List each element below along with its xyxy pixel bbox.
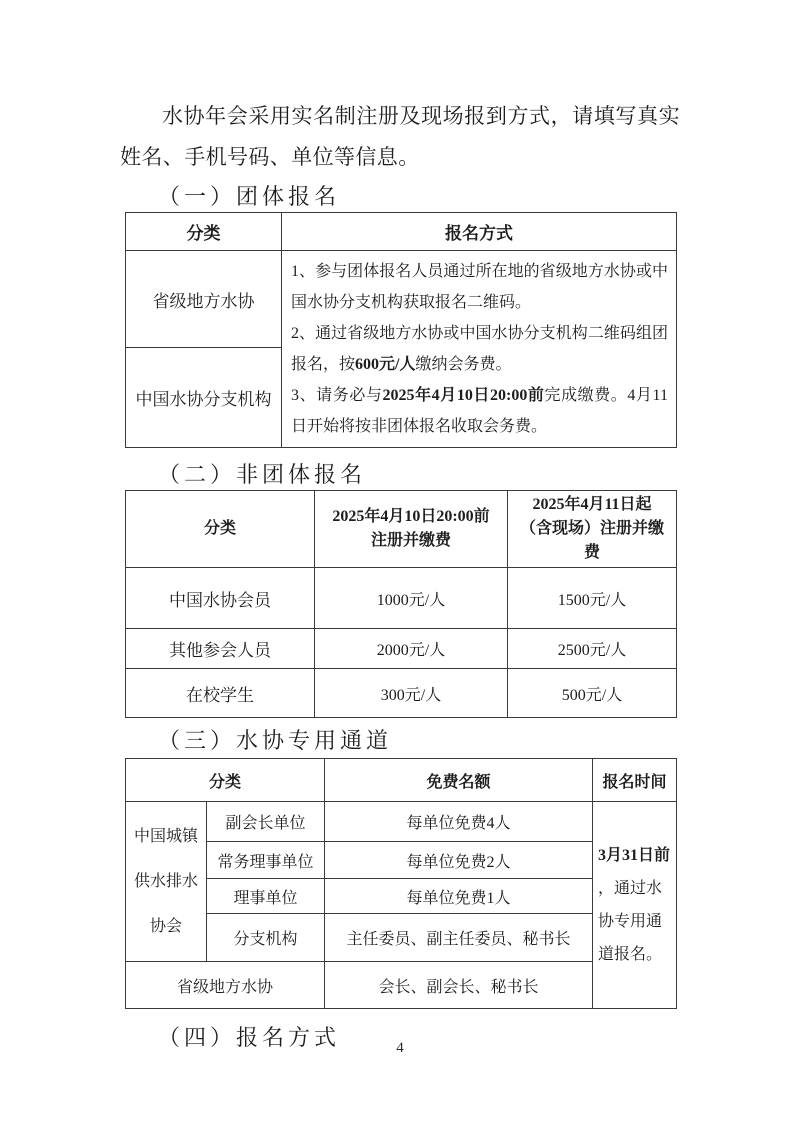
cell-registration-time: 3月31日前，通过水协专用通道报名。 [593, 802, 677, 1009]
cell-provincial-association: 省级地方水协 [126, 962, 325, 1009]
intro-paragraph: 水协年会采用实名制注册及现场报到方式，请填写真实姓名、手机号码、单位等信息。 [120, 96, 680, 178]
section-heading-special-channel: （三）水协专用通道 [158, 728, 800, 754]
header-cell-registration-time: 报名时间 [593, 759, 677, 802]
group-registration-table: 分类 报名方式 省级地方水协 1、参与团体报名人员通过所在地的省级地方水协或中国… [125, 212, 677, 448]
table-header-row: 分类 报名方式 [126, 213, 677, 251]
table-row: 在校学生 300元/人 500元/人 [126, 669, 677, 718]
cell-branch-unit: 分支机构 [207, 914, 325, 962]
document-page: 水协年会采用实名制注册及现场报到方式，请填写真实姓名、手机号码、单位等信息。 （… [0, 0, 800, 1131]
cell-member-early-price: 1000元/人 [315, 568, 508, 629]
method-item-1: 1、参与团体报名人员通过所在地的省级地方水协或中国水协分支机构获取报名二维码。 [291, 256, 668, 318]
header-cell-category: 分类 [126, 491, 315, 568]
header-cell-category: 分类 [126, 759, 325, 802]
section-heading-non-group-registration: （二）非团体报名 [158, 462, 800, 488]
header-cell-category: 分类 [126, 213, 282, 251]
cell-student-late-price: 500元/人 [508, 669, 677, 718]
cell-director-quota: 每单位免费1人 [325, 879, 593, 914]
cell-branch-organization: 中国水协分支机构 [126, 348, 282, 448]
cell-other-late-price: 2500元/人 [508, 629, 677, 669]
cell-executive-director-unit: 常务理事单位 [207, 842, 325, 879]
section-heading-group-registration: （一）团体报名 [158, 184, 800, 210]
cell-student-label: 在校学生 [126, 669, 315, 718]
header-cell-method: 报名方式 [282, 213, 677, 251]
table-row: 省级地方水协 1、参与团体报名人员通过所在地的省级地方水协或中国水协分支机构获取… [126, 251, 677, 348]
cell-provincial-quota: 会长、副会长、秘书长 [325, 962, 593, 1009]
header-cell-late-registration: 2025年4月11日起（含现场）注册并缴费 [508, 491, 677, 568]
cell-vice-president-quota: 每单位免费4人 [325, 802, 593, 842]
table-header-row: 分类 2025年4月10日20:00前注册并缴费 2025年4月11日起（含现场… [126, 491, 677, 568]
cell-other-early-price: 2000元/人 [315, 629, 508, 669]
cell-branch-quota: 主任委员、副主任委员、秘书长 [325, 914, 593, 962]
cell-organization-name: 中国城镇供水排水协会 [126, 802, 207, 962]
fee-per-person: 600元/人 [355, 356, 415, 373]
table-row: 中国水协会员 1000元/人 1500元/人 [126, 568, 677, 629]
method-item-2: 2、通过省级地方水协或中国水协分支机构二维码组团报名，按600元/人缴纳会务费。 [291, 318, 668, 380]
non-group-registration-table: 分类 2025年4月10日20:00前注册并缴费 2025年4月11日起（含现场… [125, 490, 677, 718]
method-item-3: 3、请务必与2025年4月10日20:00前完成缴费。4月11日开始将按非团体报… [291, 380, 668, 442]
cell-member-label: 中国水协会员 [126, 568, 315, 629]
cell-director-unit: 理事单位 [207, 879, 325, 914]
cell-member-late-price: 1500元/人 [508, 568, 677, 629]
special-channel-table: 分类 免费名额 报名时间 中国城镇供水排水协会 副会长单位 每单位免费4人 3月… [125, 758, 677, 1009]
page-number: 4 [0, 1040, 800, 1057]
header-cell-early-registration: 2025年4月10日20:00前注册并缴费 [315, 491, 508, 568]
header-cell-free-quota: 免费名额 [325, 759, 593, 802]
cell-vice-president-unit: 副会长单位 [207, 802, 325, 842]
table-header-row: 分类 免费名额 报名时间 [126, 759, 677, 802]
registration-deadline: 3月31日前 [598, 847, 670, 864]
payment-deadline: 2025年4月10日20:00前 [383, 387, 545, 404]
table-row: 中国城镇供水排水协会 副会长单位 每单位免费4人 3月31日前，通过水协专用通道… [126, 802, 677, 842]
cell-executive-director-quota: 每单位免费2人 [325, 842, 593, 879]
cell-student-early-price: 300元/人 [315, 669, 508, 718]
table-row: 其他参会人员 2000元/人 2500元/人 [126, 629, 677, 669]
cell-registration-method: 1、参与团体报名人员通过所在地的省级地方水协或中国水协分支机构获取报名二维码。 … [282, 251, 677, 448]
cell-other-label: 其他参会人员 [126, 629, 315, 669]
cell-provincial-association: 省级地方水协 [126, 251, 282, 348]
